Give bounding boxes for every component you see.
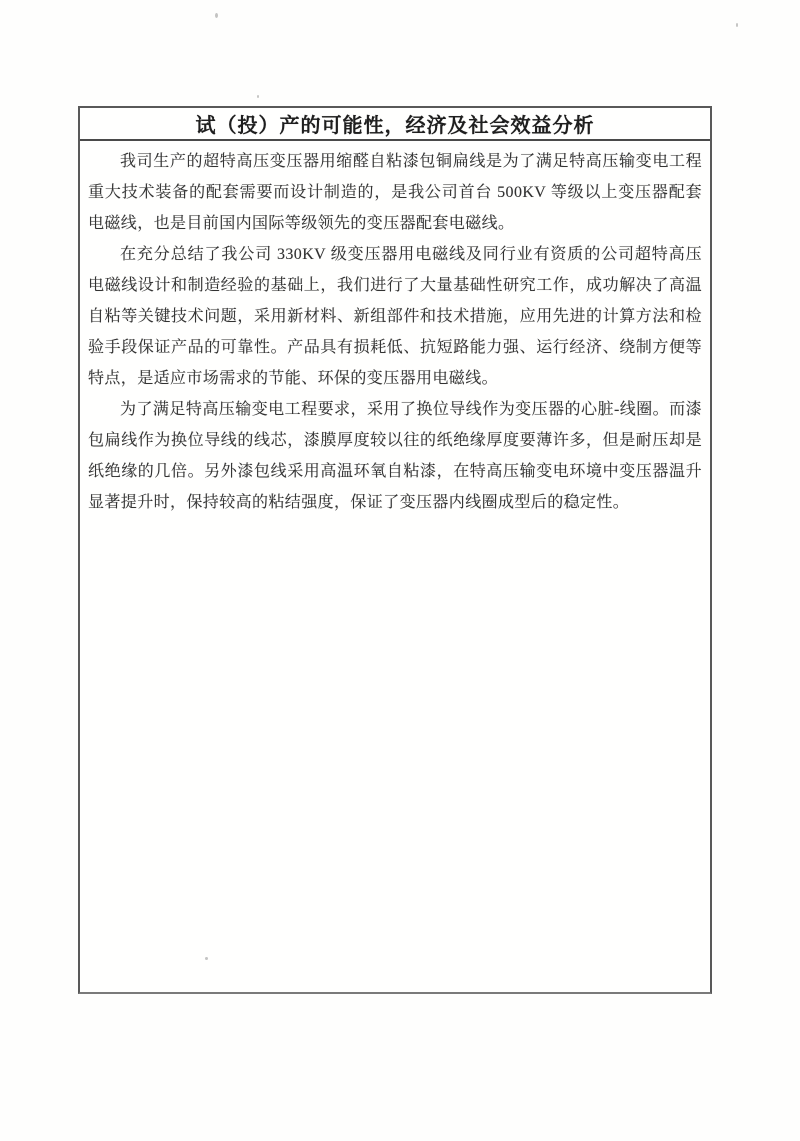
paragraph-2: 在充分总结了我公司 330KV 级变压器用电磁线及同行业有资质的公司超特高压电磁… [88, 239, 702, 394]
scan-speck [215, 13, 218, 18]
scan-speck [205, 957, 208, 960]
paragraph-3: 为了满足特高压输变电工程要求，采用了换位导线作为变压器的心脏-线圈。而漆包扁线作… [88, 394, 702, 518]
document-frame: 试（投）产的可能性，经济及社会效益分析 我司生产的超特高压变压器用缩醛自粘漆包铜… [78, 106, 712, 994]
paragraph-1: 我司生产的超特高压变压器用缩醛自粘漆包铜扁线是为了满足特高压输变电工程重大技术装… [88, 146, 702, 239]
scan-speck [257, 95, 259, 98]
page-background: 试（投）产的可能性，经济及社会效益分析 我司生产的超特高压变压器用缩醛自粘漆包铜… [0, 0, 800, 1141]
document-title: 试（投）产的可能性，经济及社会效益分析 [80, 108, 710, 141]
document-body: 我司生产的超特高压变压器用缩醛自粘漆包铜扁线是为了满足特高压输变电工程重大技术装… [80, 141, 710, 518]
scan-speck [736, 23, 738, 27]
scanned-document-page: { "colors": { "page_background": "#fdfdf… [0, 0, 800, 1141]
